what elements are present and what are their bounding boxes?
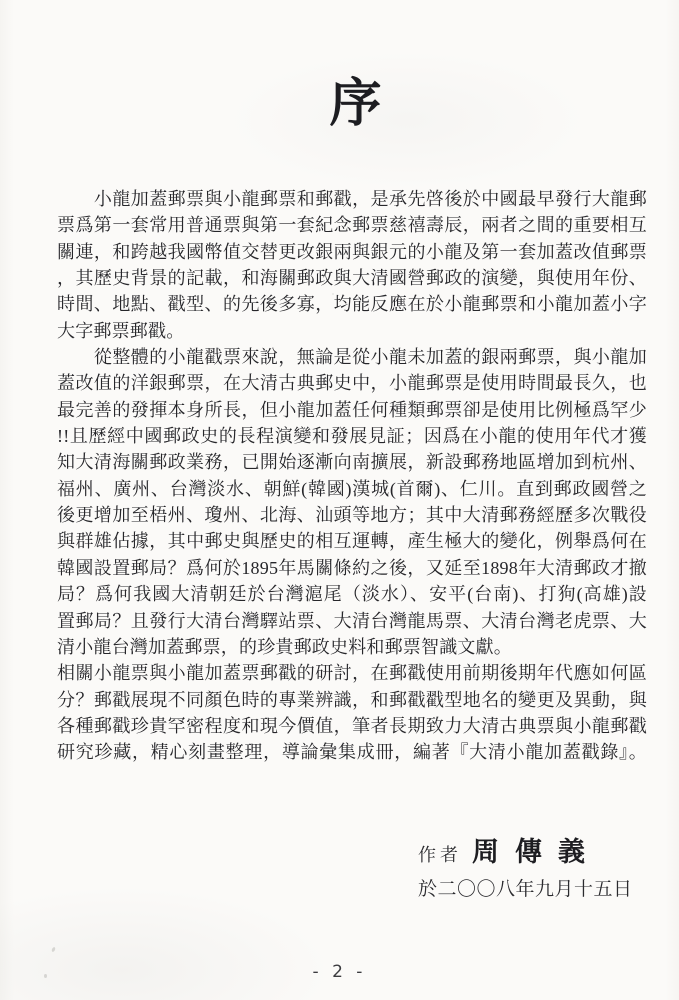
text-line: 從整體的小龍戳票來說，無論是從小龍未加蓋的銀兩郵票，與小龍加: [57, 344, 647, 370]
text-line: 局？爲何我國大清朝廷於台灣滬尾（淡水）、安平(台南)、打狗(高雄)設: [57, 581, 647, 607]
text-line: 置郵局？且發行大清台灣驛站票、大清台灣龍馬票、大清台灣老虎票、大: [57, 608, 647, 634]
scan-artifact: [332, 293, 334, 295]
signature-date: 於二〇〇八年九月十五日: [418, 874, 648, 901]
page-title: 序: [16, 76, 679, 134]
author-name: 周傳義: [472, 830, 601, 869]
author-line: 作者 周傳義: [418, 830, 648, 864]
text-line: 各種郵戳珍貴罕密程度和現今價值，筆者長期致力大清古典票與小龍郵戳: [57, 713, 647, 739]
paragraph: 相關小龍票與小龍加蓋票郵戳的研討，在郵戳使用前期後期年代應如何區分？郵戳展現不同…: [57, 660, 647, 765]
text-line: 蓋改值的洋銀郵票，在大清古典郵史中，小龍郵票是使用時間最長久，也: [57, 370, 647, 396]
text-line: ，其歷史背景的記載，和海關郵政與大清國營郵政的演變，與使用年份、: [57, 265, 647, 291]
paragraph: 小龍加蓋郵票與小龍郵票和郵戳，是承先啓後於中國最早發行大龍郵票爲第一套常用普通票…: [57, 186, 647, 344]
text-line: 分？郵戳展現不同顏色時的專業辨識，和郵戳戳型地名的變更及異動，與: [57, 687, 647, 713]
signature-block: 作者 周傳義 於二〇〇八年九月十五日: [418, 830, 648, 901]
text-line: 研究珍藏，精心刻畫整理，導論彙集成冊，編著『大清小龍加蓋戳錄』。: [57, 739, 647, 765]
scan-artifact: [51, 947, 56, 953]
text-line: 小龍加蓋郵票與小龍郵票和郵戳，是承先啓後於中國最早發行大龍郵: [57, 186, 647, 212]
page-footer: - 2 -: [0, 962, 679, 982]
text-line: 相關小龍票與小龍加蓋票郵戳的研討，在郵戳使用前期後期年代應如何區: [57, 660, 647, 686]
text-line: 大字郵票郵戳。: [57, 318, 647, 344]
text-line: 最完善的發揮本身所長，但小龍加蓋任何種類郵票卻是使用比例極爲罕少: [57, 397, 647, 423]
text-line: 清小龍台灣加蓋郵票，的珍貴郵政史料和郵票智識文獻。: [57, 634, 647, 660]
text-line: 時間、地點、戳型、的先後多寡，均能反應在於小龍郵票和小龍加蓋小字: [57, 291, 647, 317]
text-line: 韓國設置郵局？爲何於1895年馬關條約之後，又延至1898年大清郵政才撤: [57, 555, 647, 581]
text-line: 後更增加至梧州、瓊州、北海、汕頭等地方；其中大清郵務經歷多次戰役: [57, 502, 647, 528]
paragraph: 從整體的小龍戳票來說，無論是從小龍未加蓋的銀兩郵票，與小龍加蓋改值的洋銀郵票，在…: [57, 344, 647, 660]
text-line: 與群雄佔據，其中郵史與歷史的相互運轉，產生極大的變化，例舉爲何在: [57, 528, 647, 554]
text-line: 福州、廣州、台灣淡水、朝鮮(韓國)漢城(首爾)、仁川。直到郵政國營之: [57, 476, 647, 502]
page-number: - 2 -: [313, 962, 367, 982]
scanned-page: 序 小龍加蓋郵票與小龍郵票和郵戳，是承先啓後於中國最早發行大龍郵票爲第一套常用普…: [0, 0, 679, 1000]
text-line: 知大清海關郵政業務，已開始逐漸向南擴展，新設郵務地區增加到杭州、: [57, 449, 647, 475]
text-line: 票爲第一套常用普通票與第一套紀念郵票慈禧壽辰，兩者之間的重要相互: [57, 212, 647, 238]
text-line: 關連，和跨越我國幣值交替更改銀兩與銀元的小龍及第一套加蓋改值郵票: [57, 239, 647, 265]
text-line: !!且歷經中國郵政史的長程演變和發展見証；因爲在小龍的使用年代才獲: [57, 423, 647, 449]
author-label: 作者: [418, 841, 462, 867]
document-body: 小龍加蓋郵票與小龍郵票和郵戳，是承先啓後於中國最早發行大龍郵票爲第一套常用普通票…: [57, 186, 647, 766]
scan-artifact: [44, 974, 47, 978]
